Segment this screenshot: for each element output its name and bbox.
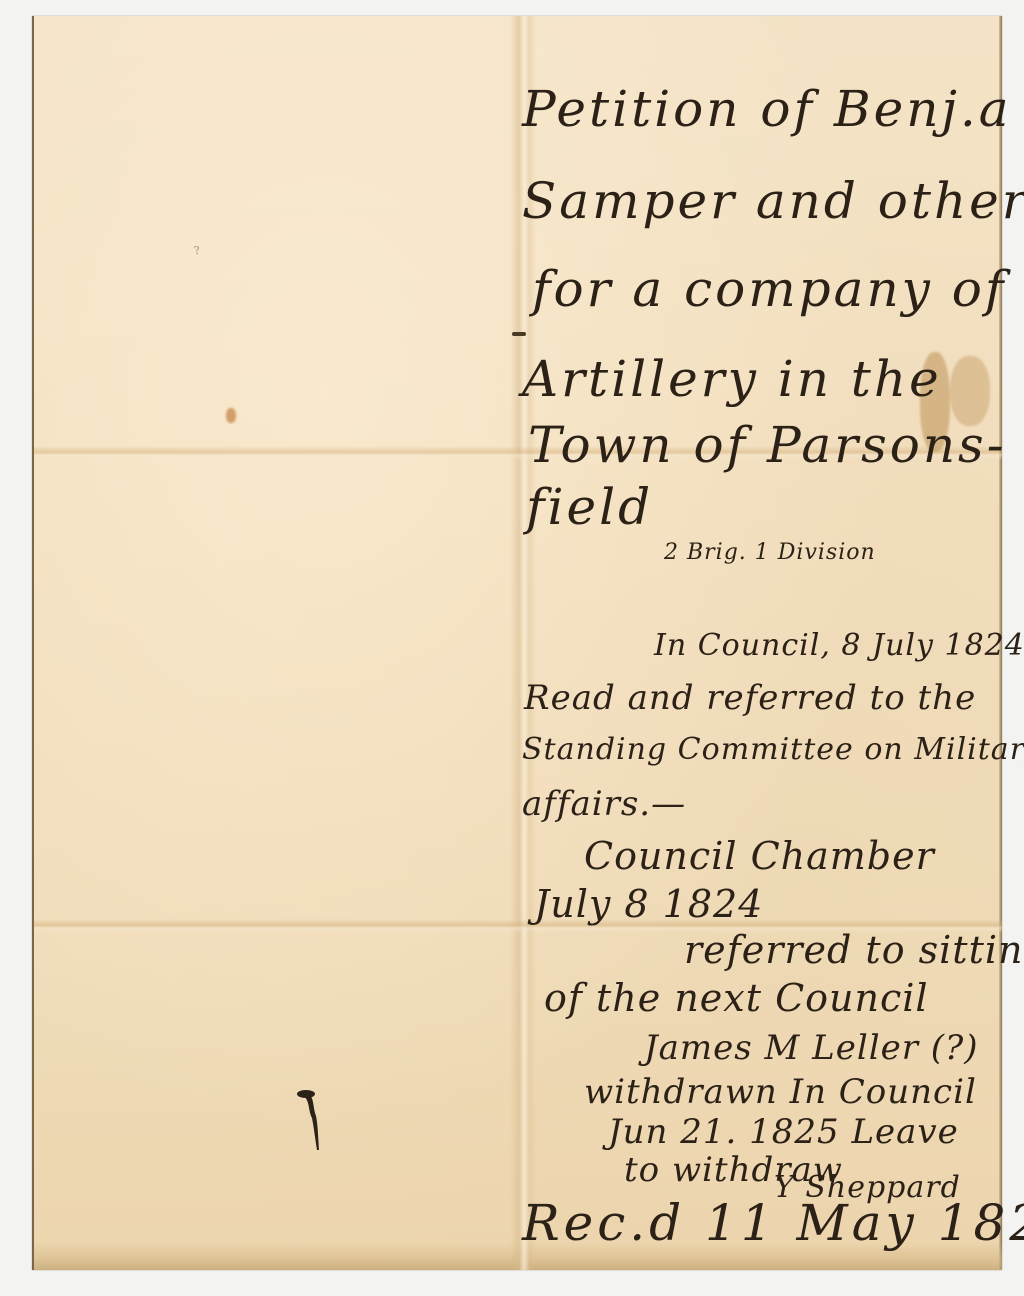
ink-speck: [512, 332, 526, 336]
title-line-6: field: [526, 478, 653, 536]
rust-spot: [226, 408, 236, 423]
paper-sheet: ? Petition of Benj.a Samper and others f…: [32, 16, 1002, 1270]
council-line-4: affairs.—: [522, 784, 686, 824]
document-scan: ? Petition of Benj.a Samper and others f…: [0, 0, 1024, 1296]
title-line-3: for a company of: [532, 260, 1006, 318]
title-line-1: Petition of Benj.a: [522, 80, 1012, 138]
ink-blot-icon: [296, 1086, 326, 1156]
chamber-line-4: of the next Council: [544, 976, 929, 1020]
brigade-division: 2 Brig. 1 Division: [664, 540, 876, 565]
title-line-5: Town of Parsons-: [528, 416, 1007, 474]
received-date: Rec.d 11 May 1824.: [522, 1194, 1024, 1252]
council-line-3: Standing Committee on Military: [522, 732, 1024, 767]
pencil-mark: ?: [193, 244, 201, 258]
chamber-line-3: referred to sitting: [684, 928, 1024, 972]
chamber-line-2: July 8 1824: [534, 882, 763, 926]
title-line-4: Artillery in the: [522, 350, 942, 408]
chamber-line-1: Council Chamber: [584, 834, 935, 878]
council-date: In Council, 8 July 1824: [654, 628, 1024, 663]
withdrawal-line-2: Jun 21. 1825 Leave: [608, 1112, 959, 1152]
title-line-2: Samper and others: [522, 172, 1024, 230]
withdrawal-line-1: withdrawn In Council: [584, 1072, 977, 1112]
council-line-2: Read and referred to the: [524, 678, 976, 718]
chamber-signature: James M Leller (?): [644, 1028, 979, 1068]
